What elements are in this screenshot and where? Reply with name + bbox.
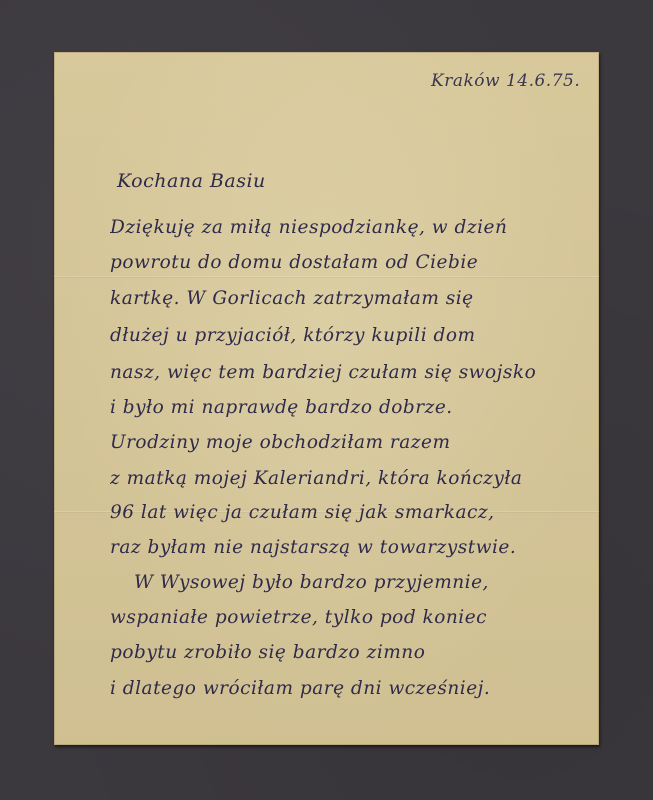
- letter-line: dłużej u przyjaciół, którzy kupili dom: [110, 325, 590, 346]
- salutation: Kochana Basiu: [117, 170, 266, 192]
- paper-fold-line: [54, 276, 599, 278]
- letter-line: i było mi naprawdę bardzo dobrze.: [110, 397, 590, 418]
- letter-line: 96 lat więc ja czułam się jak smarkacz,: [110, 502, 590, 523]
- letter-line: z matką mojej Kaleriandri, która kończył…: [110, 468, 590, 489]
- letter-paper: Kraków 14.6.75. Kochana Basiu Dziękuję z…: [54, 52, 599, 745]
- place-date: Kraków 14.6.75.: [431, 71, 580, 91]
- letter-line: W Wysowej było bardzo przyjemnie,: [134, 572, 614, 593]
- letter-line: i dlatego wróciłam parę dni wcześniej.: [110, 678, 590, 699]
- letter-line: Urodziny moje obchodziłam razem: [110, 432, 590, 453]
- letter-line: pobytu zrobiło się bardzo zimno: [110, 642, 590, 663]
- letter-line: wspaniałe powietrze, tylko pod koniec: [110, 607, 590, 628]
- letter-line: nasz, więc tem bardziej czułam się swojs…: [110, 362, 590, 383]
- letter-line: raz byłam nie najstarszą w towarzystwie.: [110, 537, 590, 558]
- letter-line: kartkę. W Gorlicach zatrzymałam się: [110, 288, 590, 309]
- letter-line: powrotu do domu dostałam od Ciebie: [110, 252, 590, 273]
- letter-line: Dziękuję za miłą niespodziankę, w dzień: [110, 217, 590, 238]
